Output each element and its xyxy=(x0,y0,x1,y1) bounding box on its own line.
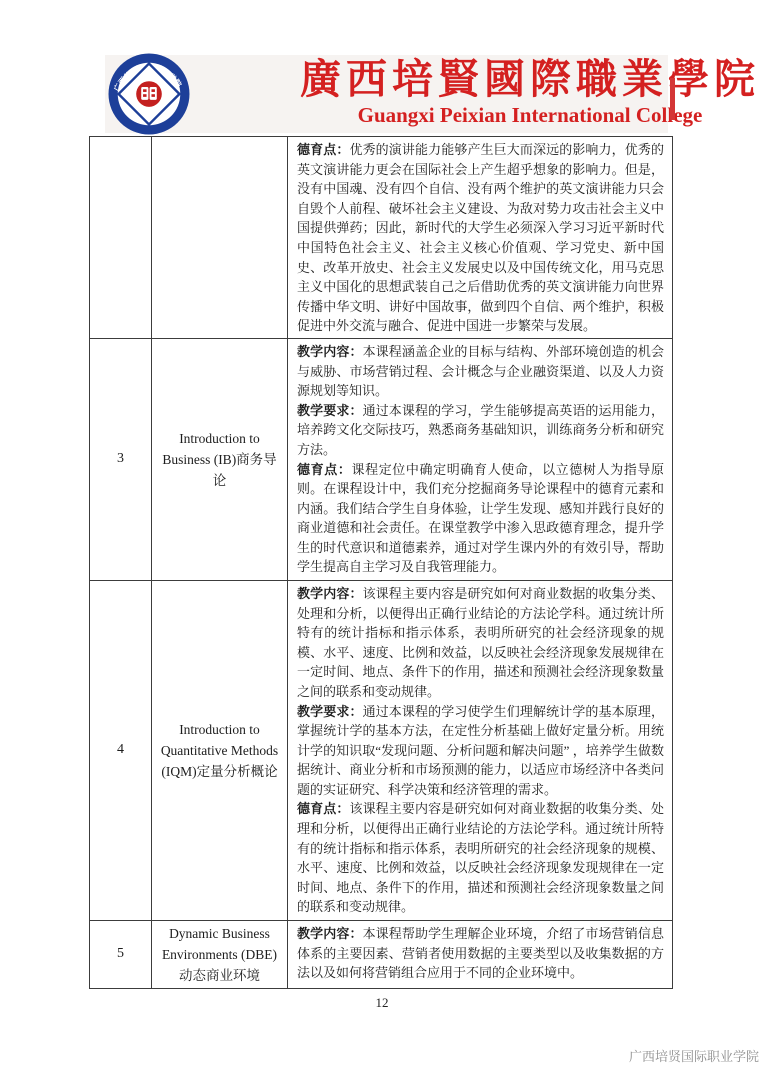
course-description-cell: 教学内容：本课程涵盖企业的目标与结构、外部环境创造的机会与威胁、市场营销过程、会… xyxy=(288,338,673,580)
block-label: 教学内容： xyxy=(297,586,363,601)
block-label: 教学内容： xyxy=(297,344,363,359)
course-name-cell xyxy=(152,137,288,339)
block-label: 德育点： xyxy=(297,801,349,816)
course-number-cell xyxy=(90,137,152,339)
description-block: 德育点：课程定位中确定明确育人使命，以立德树人为指导原则。在课程设计中，我们充分… xyxy=(297,460,664,578)
course-description-cell: 德育点：优秀的演讲能力能够产生巨大而深远的影响力，优秀的英文演讲能力更会在国际社… xyxy=(288,137,673,339)
course-table-body: 德育点：优秀的演讲能力能够产生巨大而深远的影响力，优秀的英文演讲能力更会在国际社… xyxy=(90,137,673,989)
course-name-cell: Introduction to Business (IB)商务导论 xyxy=(152,338,288,580)
block-label: 德育点： xyxy=(297,142,349,157)
course-name-cell: Dynamic Business Environments (DBE) 动态商业… xyxy=(152,920,288,988)
table-row: 德育点：优秀的演讲能力能够产生巨大而深远的影响力，优秀的英文演讲能力更会在国际社… xyxy=(90,137,673,339)
logo-center-disc xyxy=(136,81,162,107)
table-row: 4Introduction to Quantitative Methods (I… xyxy=(90,580,673,920)
block-label: 教学内容： xyxy=(297,926,363,941)
block-label: 教学要求： xyxy=(297,403,363,418)
college-emblem-logo: 广西培贤国际职业学院 GUANGXI PEIXIAN INTERNATIONAL… xyxy=(108,53,190,135)
block-label: 德育点： xyxy=(297,462,351,477)
description-block: 德育点：优秀的演讲能力能够产生巨大而深远的影响力，优秀的英文演讲能力更会在国际社… xyxy=(297,140,664,336)
description-block: 德育点：该课程主要内容是研究如何对商业数据的收集分类、处理和分析，以便得出正确行… xyxy=(297,799,664,917)
description-block: 教学内容：本课程涵盖企业的目标与结构、外部环境创造的机会与威胁、市场营销过程、会… xyxy=(297,342,664,401)
block-label: 教学要求： xyxy=(297,704,363,719)
course-description-cell: 教学内容：该课程主要内容是研究如何对商业数据的收集分类、处理和分析，以便得出正确… xyxy=(288,580,673,920)
course-number-cell: 3 xyxy=(90,338,152,580)
red-edge-mark xyxy=(670,78,675,120)
description-block: 教学要求：通过本课程的学习，学生能够提高英语的运用能力，培养跨文化交际技巧，熟悉… xyxy=(297,401,664,460)
college-name-zh: 廣西培賢國際職業學院 xyxy=(300,56,760,102)
table-row: 5Dynamic Business Environments (DBE) 动态商… xyxy=(90,920,673,988)
college-name-en: Guangxi Peixian International College xyxy=(300,103,760,127)
document-page: { "header": { "college_name_zh": "廣西培賢國際… xyxy=(0,0,764,1080)
description-block: 教学内容：该课程主要内容是研究如何对商业数据的收集分类、处理和分析，以便得出正确… xyxy=(297,584,664,702)
footer-watermark: 广西培贤国际职业学院 xyxy=(629,1046,759,1065)
course-name-cell: Introduction to Quantitative Methods (IQ… xyxy=(152,580,288,920)
page-number: 12 xyxy=(0,995,764,1011)
description-block: 教学内容：本课程帮助学生理解企业环境，介绍了市场营销信息体系的主要因素、营销者使… xyxy=(297,924,664,983)
description-block: 教学要求：通过本课程的学习使学生们理解统计学的基本原理，掌握统计学的基本方法，在… xyxy=(297,702,664,800)
course-table: 德育点：优秀的演讲能力能够产生巨大而深远的影响力，优秀的英文演讲能力更会在国际社… xyxy=(89,136,673,989)
course-number-cell: 4 xyxy=(90,580,152,920)
course-number-cell: 5 xyxy=(90,920,152,988)
table-row: 3Introduction to Business (IB)商务导论教学内容：本… xyxy=(90,338,673,580)
course-description-cell: 教学内容：本课程帮助学生理解企业环境，介绍了市场营销信息体系的主要因素、营销者使… xyxy=(288,920,673,988)
